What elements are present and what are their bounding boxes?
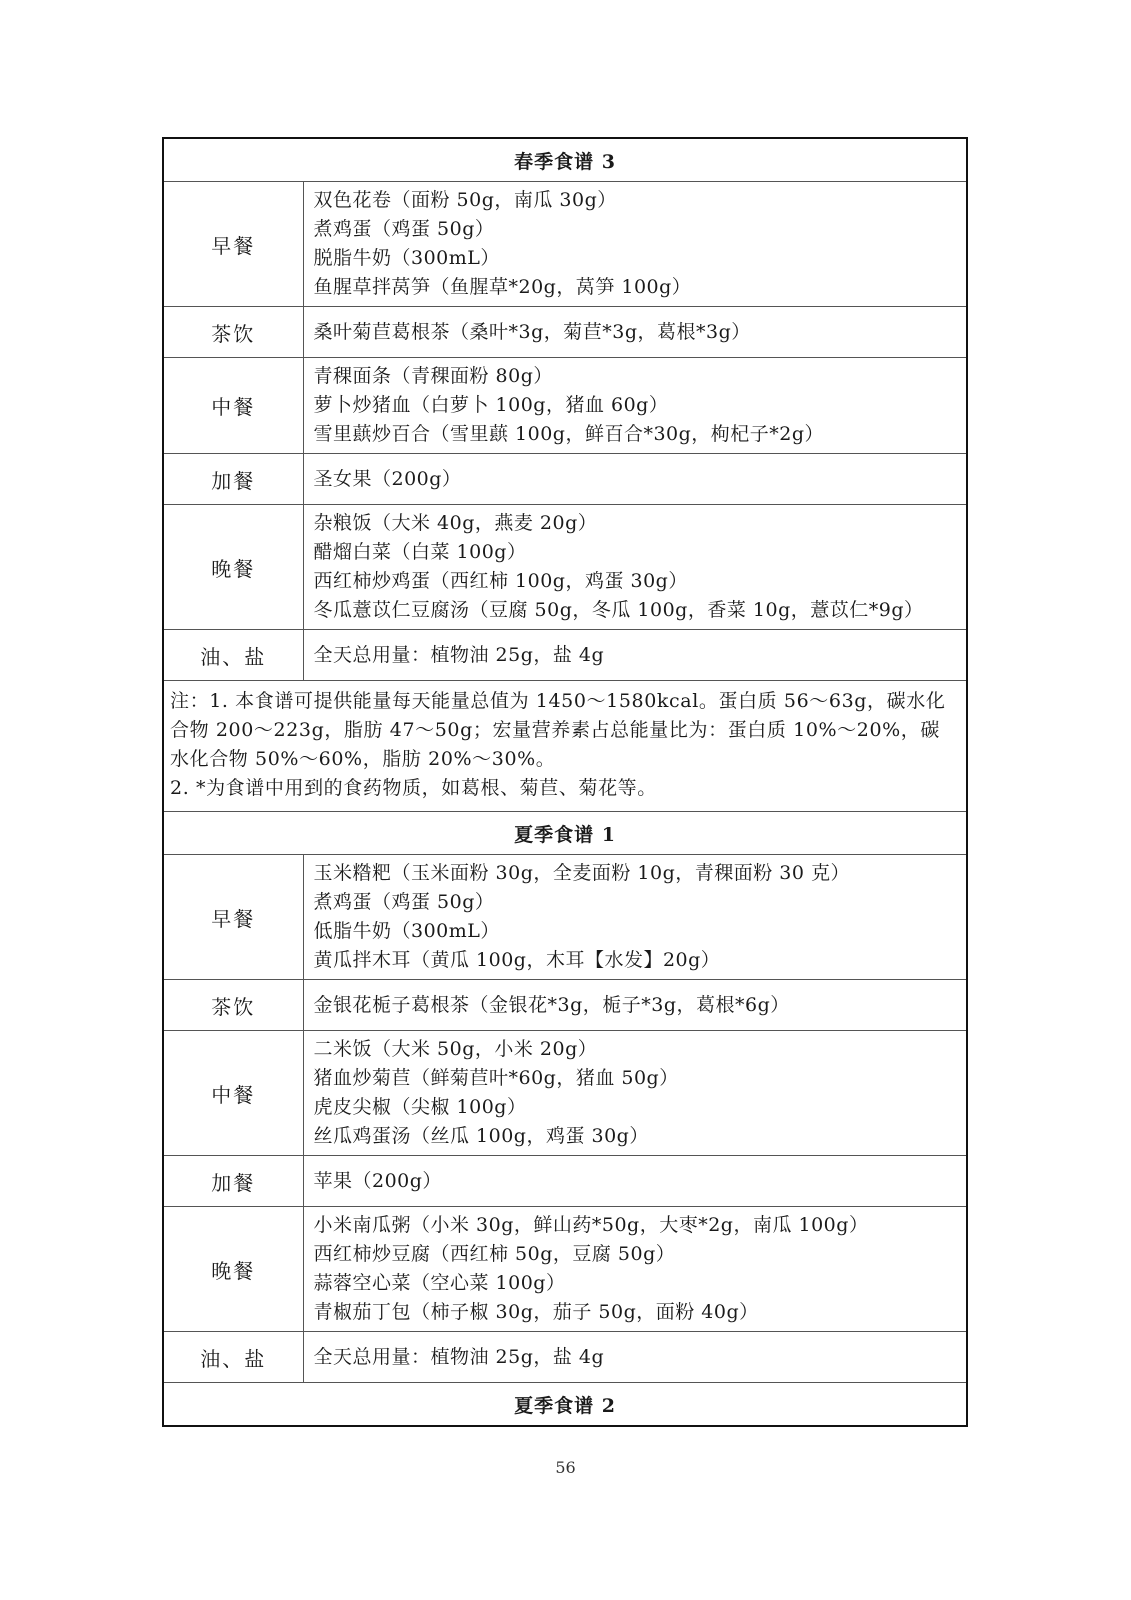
note-1: 注：1. 本食谱可提供能量每天能量总值为 1450～1580kcal。蛋白质 5… [170, 687, 958, 774]
dish-item: 双色花卷（面粉 50g，南瓜 30g） [314, 186, 957, 215]
dish-item: 猪血炒菊苣（鲜菊苣叶*60g，猪血 50g） [314, 1064, 957, 1093]
dish-item: 萝卜炒猪血（白萝卜 100g，猪血 60g） [314, 391, 957, 420]
meal-label: 油、盐 [163, 1332, 303, 1383]
dish-item: 虎皮尖椒（尖椒 100g） [314, 1093, 957, 1122]
section-title: 春季食谱 3 [163, 138, 967, 182]
meal-row-tea: 茶饮 桑叶菊苣葛根茶（桑叶*3g，菊苣*3g，葛根*3g） [163, 307, 967, 358]
dish-item: 小米南瓜粥（小米 30g，鲜山药*50g，大枣*2g，南瓜 100g） [314, 1211, 957, 1240]
section-title: 夏季食谱 2 [163, 1383, 967, 1427]
document-page: 春季食谱 3 早餐 双色花卷（面粉 50g，南瓜 30g） 煮鸡蛋（鸡蛋 50g… [0, 0, 1131, 1600]
page-number: 56 [0, 1458, 1131, 1477]
dish-item: 二米饭（大米 50g，小米 20g） [314, 1035, 957, 1064]
meal-row-lunch: 中餐 二米饭（大米 50g，小米 20g） 猪血炒菊苣（鲜菊苣叶*60g，猪血 … [163, 1031, 967, 1156]
meal-row-breakfast: 早餐 双色花卷（面粉 50g，南瓜 30g） 煮鸡蛋（鸡蛋 50g） 脱脂牛奶（… [163, 182, 967, 307]
notes-row: 注：1. 本食谱可提供能量每天能量总值为 1450～1580kcal。蛋白质 5… [163, 681, 967, 812]
meal-items: 小米南瓜粥（小米 30g，鲜山药*50g，大枣*2g，南瓜 100g） 西红柿炒… [303, 1207, 967, 1332]
meal-row-dinner: 晚餐 杂粮饭（大米 40g，燕麦 20g） 醋熘白菜（白菜 100g） 西红柿炒… [163, 505, 967, 630]
meal-label: 油、盐 [163, 630, 303, 681]
dish-item: 脱脂牛奶（300mL） [314, 244, 957, 273]
dish-item: 圣女果（200g） [314, 465, 957, 494]
recipe-table: 春季食谱 3 早餐 双色花卷（面粉 50g，南瓜 30g） 煮鸡蛋（鸡蛋 50g… [162, 137, 968, 1427]
dish-item: 青稞面条（青稞面粉 80g） [314, 362, 957, 391]
dish-item: 雪里蕻炒百合（雪里蕻 100g，鲜百合*30g，枸杞子*2g） [314, 420, 957, 449]
dish-item: 煮鸡蛋（鸡蛋 50g） [314, 888, 957, 917]
dish-item: 全天总用量：植物油 25g，盐 4g [314, 641, 957, 670]
dish-item: 蒜蓉空心菜（空心菜 100g） [314, 1269, 957, 1298]
meal-items: 玉米糌粑（玉米面粉 30g，全麦面粉 10g，青稞面粉 30 克） 煮鸡蛋（鸡蛋… [303, 855, 967, 980]
dish-item: 黄瓜拌木耳（黄瓜 100g，木耳【水发】20g） [314, 946, 957, 975]
meal-row-oil-salt: 油、盐 全天总用量：植物油 25g，盐 4g [163, 630, 967, 681]
meal-row-lunch: 中餐 青稞面条（青稞面粉 80g） 萝卜炒猪血（白萝卜 100g，猪血 60g）… [163, 358, 967, 454]
dish-item: 玉米糌粑（玉米面粉 30g，全麦面粉 10g，青稞面粉 30 克） [314, 859, 957, 888]
dish-item: 冬瓜薏苡仁豆腐汤（豆腐 50g，冬瓜 100g，香菜 10g，薏苡仁*9g） [314, 596, 957, 625]
section-header-row: 夏季食谱 1 [163, 812, 967, 855]
meal-items: 金银花栀子葛根茶（金银花*3g，栀子*3g，葛根*6g） [303, 980, 967, 1031]
dish-item: 煮鸡蛋（鸡蛋 50g） [314, 215, 957, 244]
meal-row-dinner: 晚餐 小米南瓜粥（小米 30g，鲜山药*50g，大枣*2g，南瓜 100g） 西… [163, 1207, 967, 1332]
meal-items: 全天总用量：植物油 25g，盐 4g [303, 630, 967, 681]
meal-items: 苹果（200g） [303, 1156, 967, 1207]
meal-row-snack: 加餐 苹果（200g） [163, 1156, 967, 1207]
meal-row-tea: 茶饮 金银花栀子葛根茶（金银花*3g，栀子*3g，葛根*6g） [163, 980, 967, 1031]
dish-item: 低脂牛奶（300mL） [314, 917, 957, 946]
dish-item: 桑叶菊苣葛根茶（桑叶*3g，菊苣*3g，葛根*3g） [314, 318, 957, 347]
meal-row-snack: 加餐 圣女果（200g） [163, 454, 967, 505]
meal-label: 早餐 [163, 855, 303, 980]
dish-item: 醋熘白菜（白菜 100g） [314, 538, 957, 567]
meal-items: 杂粮饭（大米 40g，燕麦 20g） 醋熘白菜（白菜 100g） 西红柿炒鸡蛋（… [303, 505, 967, 630]
meal-row-oil-salt: 油、盐 全天总用量：植物油 25g，盐 4g [163, 1332, 967, 1383]
meal-label: 茶饮 [163, 980, 303, 1031]
meal-items: 二米饭（大米 50g，小米 20g） 猪血炒菊苣（鲜菊苣叶*60g，猪血 50g… [303, 1031, 967, 1156]
meal-items: 圣女果（200g） [303, 454, 967, 505]
meal-items: 双色花卷（面粉 50g，南瓜 30g） 煮鸡蛋（鸡蛋 50g） 脱脂牛奶（300… [303, 182, 967, 307]
section-header-row: 夏季食谱 2 [163, 1383, 967, 1427]
meal-items: 全天总用量：植物油 25g，盐 4g [303, 1332, 967, 1383]
meal-label: 早餐 [163, 182, 303, 307]
meal-label: 加餐 [163, 454, 303, 505]
dish-item: 苹果（200g） [314, 1167, 957, 1196]
meal-label: 中餐 [163, 358, 303, 454]
meal-label: 晚餐 [163, 505, 303, 630]
meal-label: 中餐 [163, 1031, 303, 1156]
notes-cell: 注：1. 本食谱可提供能量每天能量总值为 1450～1580kcal。蛋白质 5… [163, 681, 967, 812]
dish-item: 全天总用量：植物油 25g，盐 4g [314, 1343, 957, 1372]
note-2: 2. *为食谱中用到的食药物质，如葛根、菊苣、菊花等。 [170, 774, 958, 803]
dish-item: 杂粮饭（大米 40g，燕麦 20g） [314, 509, 957, 538]
meal-label: 晚餐 [163, 1207, 303, 1332]
section-title: 夏季食谱 1 [163, 812, 967, 855]
meal-row-breakfast: 早餐 玉米糌粑（玉米面粉 30g，全麦面粉 10g，青稞面粉 30 克） 煮鸡蛋… [163, 855, 967, 980]
dish-item: 丝瓜鸡蛋汤（丝瓜 100g，鸡蛋 30g） [314, 1122, 957, 1151]
meal-items: 桑叶菊苣葛根茶（桑叶*3g，菊苣*3g，葛根*3g） [303, 307, 967, 358]
dish-item: 金银花栀子葛根茶（金银花*3g，栀子*3g，葛根*6g） [314, 991, 957, 1020]
dish-item: 青椒茄丁包（柿子椒 30g，茄子 50g，面粉 40g） [314, 1298, 957, 1327]
meal-label: 茶饮 [163, 307, 303, 358]
dish-item: 鱼腥草拌莴笋（鱼腥草*20g，莴笋 100g） [314, 273, 957, 302]
meal-label: 加餐 [163, 1156, 303, 1207]
meal-items: 青稞面条（青稞面粉 80g） 萝卜炒猪血（白萝卜 100g，猪血 60g） 雪里… [303, 358, 967, 454]
dish-item: 西红柿炒豆腐（西红柿 50g，豆腐 50g） [314, 1240, 957, 1269]
section-header-row: 春季食谱 3 [163, 138, 967, 182]
dish-item: 西红柿炒鸡蛋（西红柿 100g，鸡蛋 30g） [314, 567, 957, 596]
